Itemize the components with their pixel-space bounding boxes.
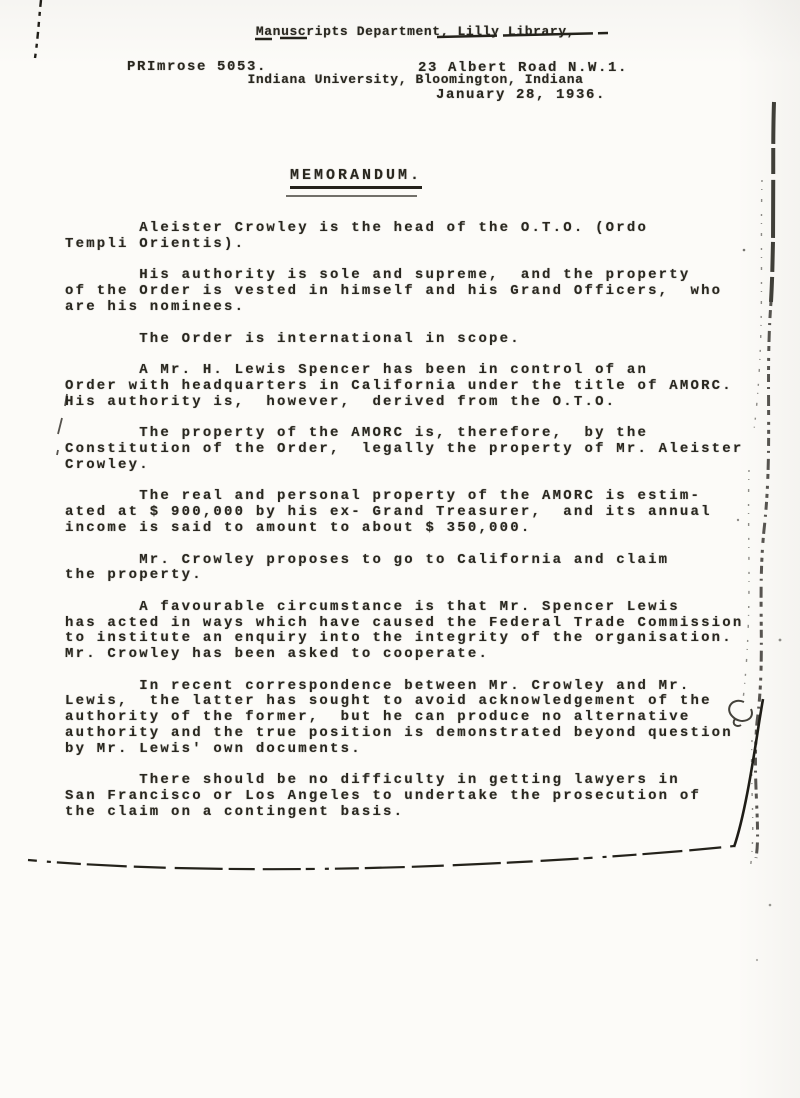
memo-paragraph: In recent correspondence between Mr. Cro… — [65, 679, 775, 758]
top-left-crease — [35, 0, 41, 58]
memo-paragraph: The Order is international in scope. — [65, 332, 775, 348]
memo-title: MEMORANDUM. — [290, 167, 422, 189]
memo-paragraph: The property of the AMORC is, therefore,… — [65, 426, 775, 473]
memo-paragraph: Mr. Crowley proposes to go to California… — [65, 553, 775, 584]
memo-body: Aleister Crowley is the head of the O.T.… — [65, 221, 775, 836]
memo-paragraph: A Mr. H. Lewis Spencer has been in contr… — [65, 363, 775, 410]
memo-paragraph: A favourable circumstance is that Mr. Sp… — [65, 600, 775, 663]
memo-paragraph: The real and personal property of the AM… — [65, 489, 775, 536]
phone-number: PRImrose 5053. — [127, 59, 267, 75]
bottom-rule — [28, 846, 734, 869]
memo-paragraph: Aleister Crowley is the head of the O.T.… — [65, 221, 775, 252]
stamp-line-1: Manuscripts Department, Lilly Library, — [218, 24, 613, 40]
sender-address: 23 Albert Road N.W.1. — [418, 60, 628, 76]
memo-paragraph: His authority is sole and supreme, and t… — [65, 268, 775, 315]
scanned-memo-page: Manuscripts Department, Lilly Library, I… — [0, 0, 800, 1098]
date-line: January 28, 1936. — [436, 87, 606, 103]
memo-paragraph: There should be no difficulty in getting… — [65, 773, 775, 820]
